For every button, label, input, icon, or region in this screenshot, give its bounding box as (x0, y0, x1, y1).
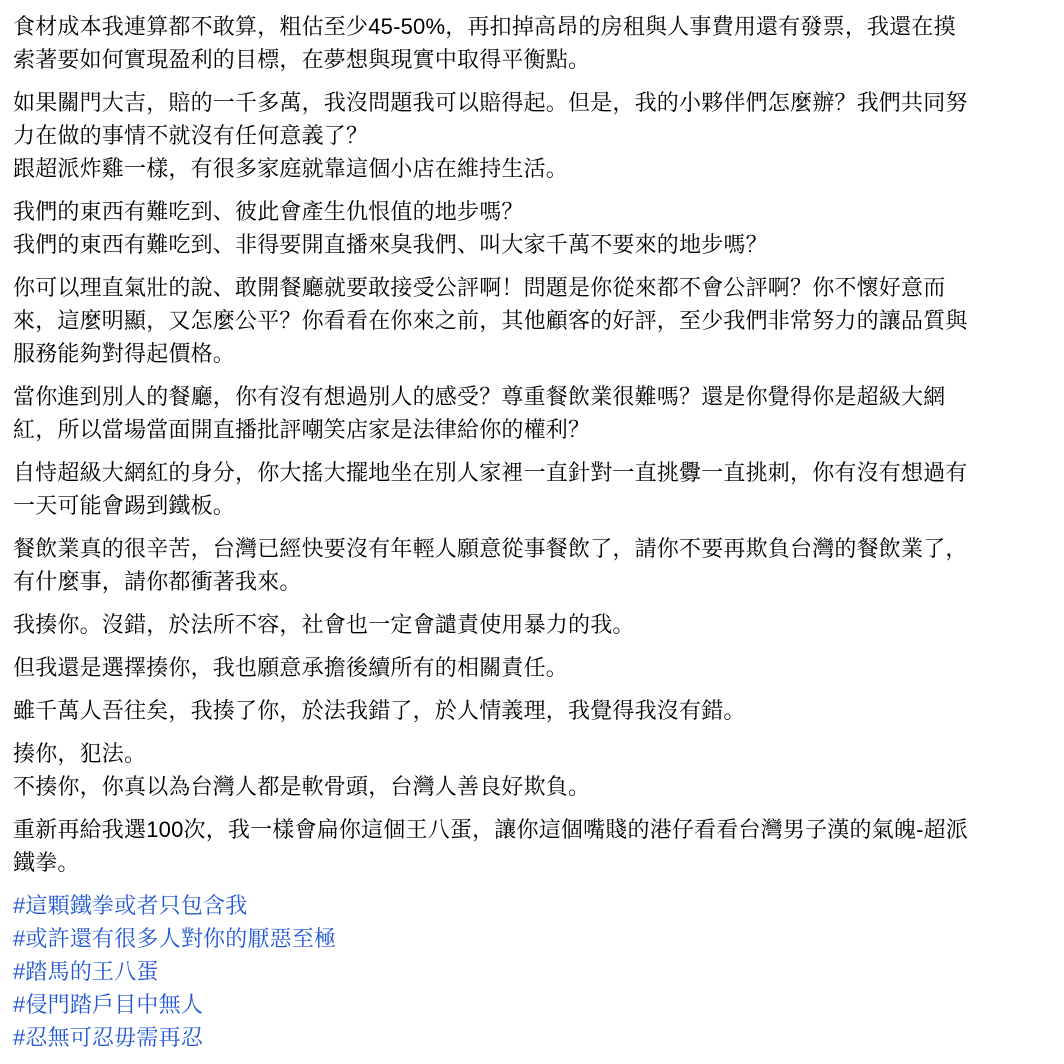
paragraph-line: 不揍你，你真以為台灣人都是軟骨頭，台灣人善良好欺負。 (13, 770, 1050, 803)
paragraph-line: 跟超派炸雞一樣，有很多家庭就靠這個小店在維持生活。 (13, 152, 1050, 185)
paragraph-line: 服務能夠對得起價格。 (13, 337, 1050, 370)
paragraph: 食材成本我連算都不敢算，粗估至少45-50%，再扣掉高昂的房租與人事費用還有發票… (13, 10, 1050, 76)
paragraph: 當你進到別人的餐廳，你有沒有想過別人的感受？尊重餐飲業很難嗎？還是你覺得你是超級… (13, 380, 1050, 446)
paragraph-line: 揍你，犯法。 (13, 737, 1050, 770)
paragraph-line: 如果關門大吉，賠的一千多萬，我沒問題我可以賠得起。但是，我的小夥伴們怎麼辦？我們… (13, 86, 1050, 119)
paragraph-line: 重新再給我選100次，我一樣會扁你這個王八蛋，讓你這個嘴賤的港仔看看台灣男子漢的… (13, 813, 1050, 846)
paragraph: 雖千萬人吾往矣，我揍了你，於法我錯了，於人情義理，我覺得我沒有錯。 (13, 694, 1050, 727)
paragraph: 但我還是選擇揍你，我也願意承擔後續所有的相關責任。 (13, 651, 1050, 684)
paragraph-line: 當你進到別人的餐廳，你有沒有想過別人的感受？尊重餐飲業很難嗎？還是你覺得你是超級… (13, 380, 1050, 413)
paragraph-line: 自恃超級大網紅的身分，你大搖大擺地坐在別人家裡一直針對一直挑釁一直挑刺，你有沒有… (13, 456, 1050, 489)
paragraph: 餐飲業真的很辛苦，台灣已經快要沒有年輕人願意從事餐飲了，請你不要再欺負台灣的餐飲… (13, 532, 1050, 598)
paragraph-line: 食材成本我連算都不敢算，粗估至少45-50%，再扣掉高昂的房租與人事費用還有發票… (13, 10, 1050, 43)
paragraph-line: 餐飲業真的很辛苦，台灣已經快要沒有年輕人願意從事餐飲了，請你不要再欺負台灣的餐飲… (13, 532, 1050, 565)
paragraph-line: 我們的東西有難吃到、彼此會產生仇恨值的地步嗎？ (13, 195, 1050, 228)
paragraph: 你可以理直氣壯的說、敢開餐廳就要敢接受公評啊！問題是你從來都不會公評啊？你不懷好… (13, 271, 1050, 370)
paragraph-line: 我們的東西有難吃到、非得要開直播來臭我們、叫大家千萬不要來的地步嗎？ (13, 228, 1050, 261)
paragraph: 自恃超級大網紅的身分，你大搖大擺地坐在別人家裡一直針對一直挑釁一直挑刺，你有沒有… (13, 456, 1050, 522)
hashtag-link[interactable]: #忍無可忍毋需再忍 (13, 1021, 1050, 1054)
paragraph-line: 有什麼事，請你都衝著我來。 (13, 565, 1050, 598)
paragraph-line: 雖千萬人吾往矣，我揍了你，於法我錯了，於人情義理，我覺得我沒有錯。 (13, 694, 1050, 727)
paragraph: 重新再給我選100次，我一樣會扁你這個王八蛋，讓你這個嘴賤的港仔看看台灣男子漢的… (13, 813, 1050, 879)
paragraph-line: 但我還是選擇揍你，我也願意承擔後續所有的相關責任。 (13, 651, 1050, 684)
paragraph-line: 你可以理直氣壯的說、敢開餐廳就要敢接受公評啊！問題是你從來都不會公評啊？你不懷好… (13, 271, 1050, 304)
hashtag-link[interactable]: #或許還有很多人對你的厭惡至極 (13, 922, 1050, 955)
paragraph-line: 紅，所以當場當面開直播批評嘲笑店家是法律給你的權利？ (13, 413, 1050, 446)
paragraph-line: 來，這麼明顯，又怎麼公平？你看看在你來之前，其他顧客的好評，至少我們非常努力的讓… (13, 304, 1050, 337)
hashtag-link[interactable]: #踏馬的王八蛋 (13, 955, 1050, 988)
paragraph-line: 索著要如何實現盈利的目標，在夢想與現實中取得平衡點。 (13, 43, 1050, 76)
paragraph: 我們的東西有難吃到、彼此會產生仇恨值的地步嗎？ 我們的東西有難吃到、非得要開直播… (13, 195, 1050, 261)
hashtag-link[interactable]: #這顆鐵拳或者只包含我 (13, 889, 1050, 922)
post-body: 食材成本我連算都不敢算，粗估至少45-50%，再扣掉高昂的房租與人事費用還有發票… (0, 0, 1064, 1054)
paragraph: 我揍你。沒錯，於法所不容，社會也一定會譴責使用暴力的我。 (13, 608, 1050, 641)
paragraph-line: 一天可能會踢到鐵板。 (13, 489, 1050, 522)
paragraph: 如果關門大吉，賠的一千多萬，我沒問題我可以賠得起。但是，我的小夥伴們怎麼辦？我們… (13, 86, 1050, 185)
paragraph-line: 我揍你。沒錯，於法所不容，社會也一定會譴責使用暴力的我。 (13, 608, 1050, 641)
paragraph-line: 鐵拳。 (13, 846, 1050, 879)
hashtag-block: #這顆鐵拳或者只包含我 #或許還有很多人對你的厭惡至極 #踏馬的王八蛋 #侵門踏… (13, 889, 1050, 1054)
paragraph-line: 力在做的事情不就沒有任何意義了？ (13, 119, 1050, 152)
hashtag-link[interactable]: #侵門踏戶目中無人 (13, 988, 1050, 1021)
paragraph: 揍你，犯法。 不揍你，你真以為台灣人都是軟骨頭，台灣人善良好欺負。 (13, 737, 1050, 803)
